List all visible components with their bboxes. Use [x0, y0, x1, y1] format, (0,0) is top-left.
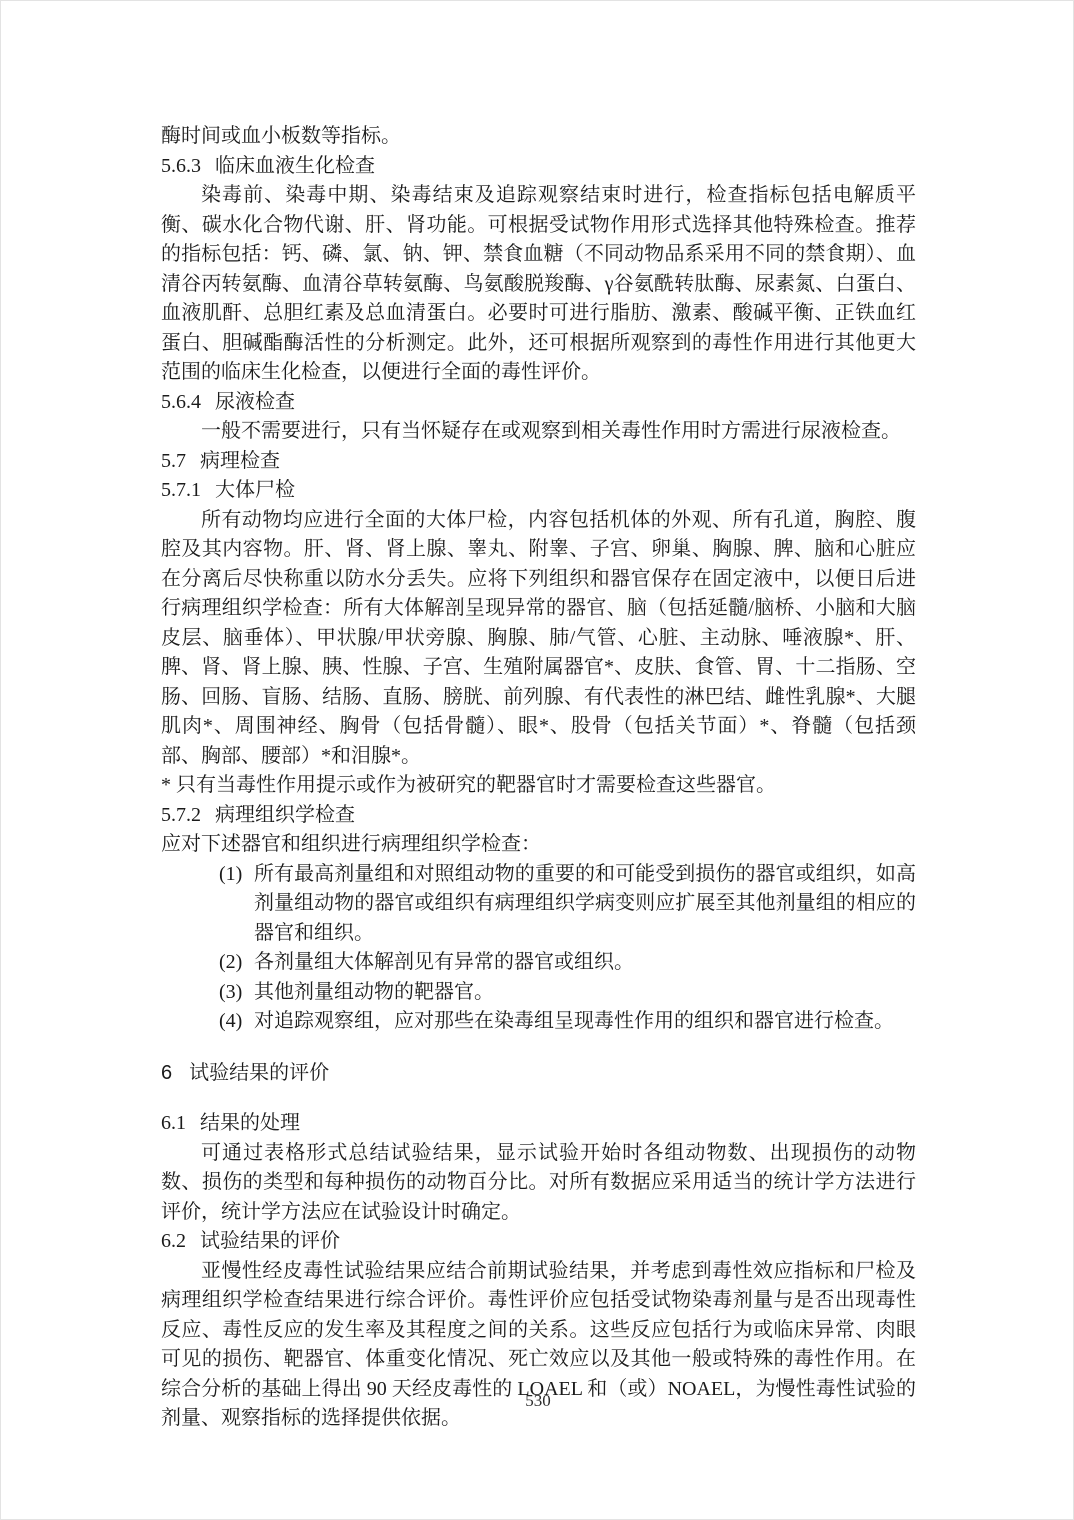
chapter-title: 试验结果的评价 — [189, 1062, 329, 1084]
histopathology-intro: 应对下述器官和组织进行病理组织学检查： — [161, 830, 916, 860]
histopathology-list: (1)所有最高剂量组和对照组动物的重要的和可能受到损伤的器官或组织，如高剂量组动… — [161, 860, 916, 1037]
section-heading-5-7: 5.7病理检查 — [161, 447, 916, 477]
list-item-marker: (1) — [219, 860, 242, 890]
list-item-marker: (2) — [219, 948, 242, 978]
section-heading-5-7-2: 5.7.2病理组织学检查 — [161, 801, 916, 831]
list-item-marker: (4) — [219, 1007, 242, 1037]
opening-continuation-line: 酶时间或血小板数等指标。 — [161, 122, 916, 152]
list-item: (1)所有最高剂量组和对照组动物的重要的和可能受到损伤的器官或组织，如高剂量组动… — [254, 860, 916, 949]
section-number: 5.6.4 — [161, 388, 201, 418]
section-title: 大体尸检 — [215, 479, 295, 501]
section-number: 5.6.3 — [161, 152, 201, 182]
paragraph-results-handling: 可通过表格形式总结试验结果，显示试验开始时各组动物数、出现损伤的动物数、损伤的类… — [161, 1139, 916, 1228]
page-number: 530 — [1, 1391, 1074, 1411]
list-item-text: 所有最高剂量组和对照组动物的重要的和可能受到损伤的器官或组织，如高剂量组动物的器… — [254, 863, 916, 944]
list-item-marker: (3) — [219, 978, 242, 1008]
section-title: 病理组织学检查 — [215, 804, 355, 826]
section-heading-6-2: 6.2试验结果的评价 — [161, 1227, 916, 1257]
paragraph-clinical-biochemistry: 染毒前、染毒中期、染毒结束及追踪观察结束时进行，检查指标包括电解质平衡、碳水化合… — [161, 181, 916, 388]
list-item: (4)对追踪观察组，应对那些在染毒组呈现毒性作用的组织和器官进行检查。 — [254, 1007, 916, 1037]
section-number: 6.2 — [161, 1227, 186, 1257]
section-heading-5-6-4: 5.6.4尿液检查 — [161, 388, 916, 418]
section-number: 5.7.1 — [161, 476, 201, 506]
section-title: 尿液检查 — [215, 391, 295, 413]
paragraph-gross-necropsy: 所有动物均应进行全面的大体尸检，内容包括机体的外观、所有孔道，胸腔、腹腔及其内容… — [161, 506, 916, 772]
chapter-number: 6 — [161, 1059, 172, 1089]
section-number: 5.7.2 — [161, 801, 201, 831]
list-item: (3)其他剂量组动物的靶器官。 — [254, 978, 916, 1008]
paragraph-urinalysis: 一般不需要进行，只有当怀疑存在或观察到相关毒性作用时方需进行尿液检查。 — [161, 417, 916, 447]
section-title: 结果的处理 — [200, 1112, 300, 1134]
document-page: 酶时间或血小板数等指标。 5.6.3临床血液生化检查 染毒前、染毒中期、染毒结束… — [0, 0, 1074, 1520]
section-number: 6.1 — [161, 1109, 186, 1139]
section-title: 病理检查 — [200, 450, 280, 472]
section-heading-5-7-1: 5.7.1大体尸检 — [161, 476, 916, 506]
list-item-text: 对追踪观察组，应对那些在染毒组呈现毒性作用的组织和器官进行检查。 — [254, 1010, 894, 1032]
list-item-text: 其他剂量组动物的靶器官。 — [254, 981, 494, 1003]
section-title: 临床血液生化检查 — [215, 155, 375, 177]
section-title: 试验结果的评价 — [200, 1230, 340, 1252]
section-heading-6-1: 6.1结果的处理 — [161, 1109, 916, 1139]
document-content: 酶时间或血小板数等指标。 5.6.3临床血液生化检查 染毒前、染毒中期、染毒结束… — [161, 122, 916, 1434]
section-heading-5-6-3: 5.6.3临床血液生化检查 — [161, 152, 916, 182]
list-item: (2)各剂量组大体解剖见有异常的器官或组织。 — [254, 948, 916, 978]
chapter-heading-6: 6试验结果的评价 — [161, 1059, 916, 1089]
footnote-asterisk: * 只有当毒性作用提示或作为被研究的靶器官时才需要检查这些器官。 — [161, 771, 916, 801]
list-item-text: 各剂量组大体解剖见有异常的器官或组织。 — [254, 951, 634, 973]
section-number: 5.7 — [161, 447, 186, 477]
